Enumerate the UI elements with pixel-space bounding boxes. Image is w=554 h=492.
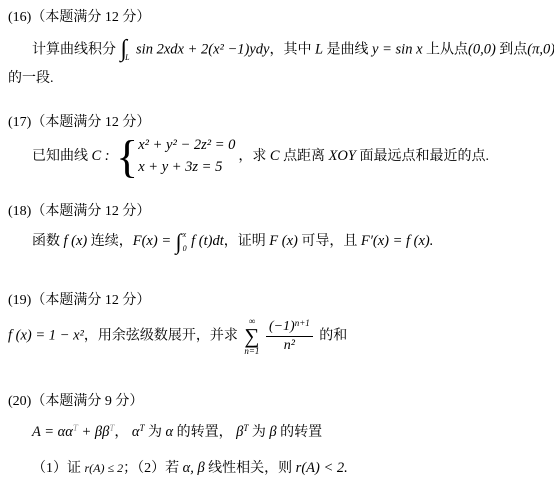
q20-part1-label: （1）证 — [32, 461, 81, 476]
q17-equation-1: x² + y² − 2z² = 0 — [138, 138, 235, 154]
numerator-base: (−1) — [269, 319, 295, 334]
q17-mid1-text: ，求 — [238, 149, 266, 164]
q16-mid3-text: 上从点 — [426, 43, 468, 58]
integral-upper-limit: x — [183, 231, 187, 239]
q20-part1-separator: ；（2）若 — [123, 461, 179, 476]
question-17-body: 已知曲线 C : { x² + y² − 2z² = 0 x + y + 3z … — [32, 137, 550, 176]
summation-symbol: ∞ ∑ n=1 — [244, 317, 259, 356]
q16-mid2-text: 是曲线 — [327, 43, 369, 58]
q18-mid3-text: 可导，且 — [301, 234, 357, 249]
q19-mid1-text: ，用余弦级数展开，并求 — [84, 329, 238, 344]
integral-lower-limit: L — [125, 53, 129, 62]
q16-intro-text: 计算曲线积分 — [32, 43, 116, 58]
q18-F-definition: F(x) = — [133, 233, 171, 249]
question-18: (18)（本题满分 12 分） 函数 f (x) 连续，F(x) = ∫ x 0… — [8, 202, 550, 252]
q18-F-of-x: F (x) — [269, 233, 298, 249]
q18-conclusion: F′(x) = f (x). — [361, 233, 434, 249]
alpha-base: α — [132, 424, 140, 440]
q16-point-end: (π,0) — [527, 42, 554, 58]
q18-mid1-text: 连续， — [91, 234, 133, 249]
q16-mid1-text: ，其中 — [269, 43, 311, 58]
question-20-body: A = ααT + ββT， αT 为 α 的转置， βT 为 β 的转置 — [32, 422, 550, 443]
q19-function: f (x) = 1 − x² — [8, 328, 84, 344]
q20-beta-transpose: βT — [236, 424, 248, 440]
q19-tail-text: 的和 — [319, 329, 347, 344]
integral-limits: x 0 — [183, 231, 187, 253]
summation-lower-limit: n=1 — [244, 347, 259, 356]
question-19-body: f (x) = 1 − x²，用余弦级数展开，并求 ∞ ∑ n=1 (−1)n+… — [8, 317, 550, 356]
question-18-header: (18)（本题满分 12 分） — [8, 202, 550, 222]
question-20-parts: （1）证 r(A) ≤ 2；（2）若 α, β 线性相关，则 r(A) < 2. — [32, 458, 550, 479]
q17-plane: XOY — [329, 148, 356, 164]
q20-beta: β — [269, 424, 276, 440]
q18-mid2-text: ，证明 — [224, 234, 266, 249]
q18-intro-text: 函数 — [32, 234, 60, 249]
q17-mid2-text: 点距离 — [283, 149, 325, 164]
q17-var: C — [270, 148, 280, 164]
question-18-body: 函数 f (x) 连续，F(x) = ∫ x 0 f (t)dt，证明 F (x… — [32, 231, 550, 253]
transpose-sup-1: T — [73, 423, 78, 433]
q16-curve-var: L — [315, 42, 323, 58]
q20-mid4-text: 的转置 — [280, 425, 322, 440]
transpose-sup-4: T — [243, 423, 248, 433]
question-16-continuation: 的一段. — [8, 69, 550, 89]
q20-alpha-transpose: αT — [132, 424, 145, 440]
question-19: (19)（本题满分 12 分） f (x) = 1 − x²，用余弦级数展开，并… — [8, 291, 550, 356]
question-16-header: (16)（本题满分 12 分） — [8, 8, 550, 28]
fraction: (−1)n+1 n² — [266, 319, 313, 354]
q20-matrix-eq-a: A = αα — [32, 424, 73, 440]
q18-f-of-x: f (x) — [64, 233, 88, 249]
q17-tail-text: 面最远点和最近的点. — [359, 149, 489, 164]
q20-part2-math: r(A) < 2. — [296, 460, 348, 476]
transpose-sup-2: T — [109, 423, 114, 433]
integral-lower-limit: 0 — [183, 245, 187, 253]
numerator-exponent: n+1 — [295, 318, 310, 328]
q20-alpha: α — [166, 424, 174, 440]
q16-point-start: (0,0) — [468, 42, 496, 58]
q20-mid3-text: 为 — [252, 425, 266, 440]
q18-integrand: f (t)dt — [191, 233, 224, 249]
fraction-denominator: n² — [284, 337, 295, 354]
integral-symbol-0-x: ∫ x 0 — [176, 231, 187, 253]
equation-system: { x² + y² − 2z² = 0 x + y + 3z = 5 — [116, 137, 235, 176]
q17-equation-2: x + y + 3z = 5 — [138, 160, 235, 176]
q20-part2-vars: α, β — [183, 460, 205, 476]
q16-curve-equation: y = sin x — [372, 42, 422, 58]
integral-sign: ∫ — [176, 231, 182, 253]
q16-mid4-text: 到点 — [499, 43, 527, 58]
integral-symbol-L: ∫L — [121, 37, 132, 63]
fraction-numerator: (−1)n+1 — [266, 319, 313, 337]
q17-curve-name: C : — [92, 148, 110, 164]
q16-integrand: sin 2xdx + 2(x² −1)ydy — [136, 42, 269, 58]
question-19-header: (19)（本题满分 12 分） — [8, 291, 550, 311]
q20-mid2-text: 的转置， — [177, 425, 233, 440]
q17-intro-text: 已知曲线 — [32, 149, 88, 164]
q20-comma: ， — [114, 425, 128, 440]
question-16: (16)（本题满分 12 分） 计算曲线积分 ∫L sin 2xdx + 2(x… — [8, 8, 550, 89]
question-17-header: (17)（本题满分 12 分） — [8, 113, 550, 133]
equation-rows: x² + y² − 2z² = 0 x + y + 3z = 5 — [138, 138, 235, 176]
question-20-header: (20)（本题满分 9 分） — [8, 392, 550, 412]
exam-document: (16)（本题满分 12 分） 计算曲线积分 ∫L sin 2xdx + 2(x… — [0, 0, 554, 480]
q20-part2-mid-text: 线性相关，则 — [208, 461, 292, 476]
q20-part1-math: r(A) ≤ 2 — [85, 461, 124, 475]
question-20: (20)（本题满分 9 分） A = ααT + ββT， αT 为 α 的转置… — [8, 392, 550, 480]
question-16-body: 计算曲线积分 ∫L sin 2xdx + 2(x² −1)ydy，其中 L 是曲… — [32, 37, 550, 63]
sigma-sign: ∑ — [244, 326, 259, 347]
question-17: (17)（本题满分 12 分） 已知曲线 C : { x² + y² − 2z²… — [8, 113, 550, 176]
q20-matrix-eq-b: + ββ — [78, 424, 109, 440]
left-brace: { — [116, 137, 138, 176]
q20-mid1-text: 为 — [148, 425, 162, 440]
transpose-sup-3: T — [140, 423, 145, 433]
